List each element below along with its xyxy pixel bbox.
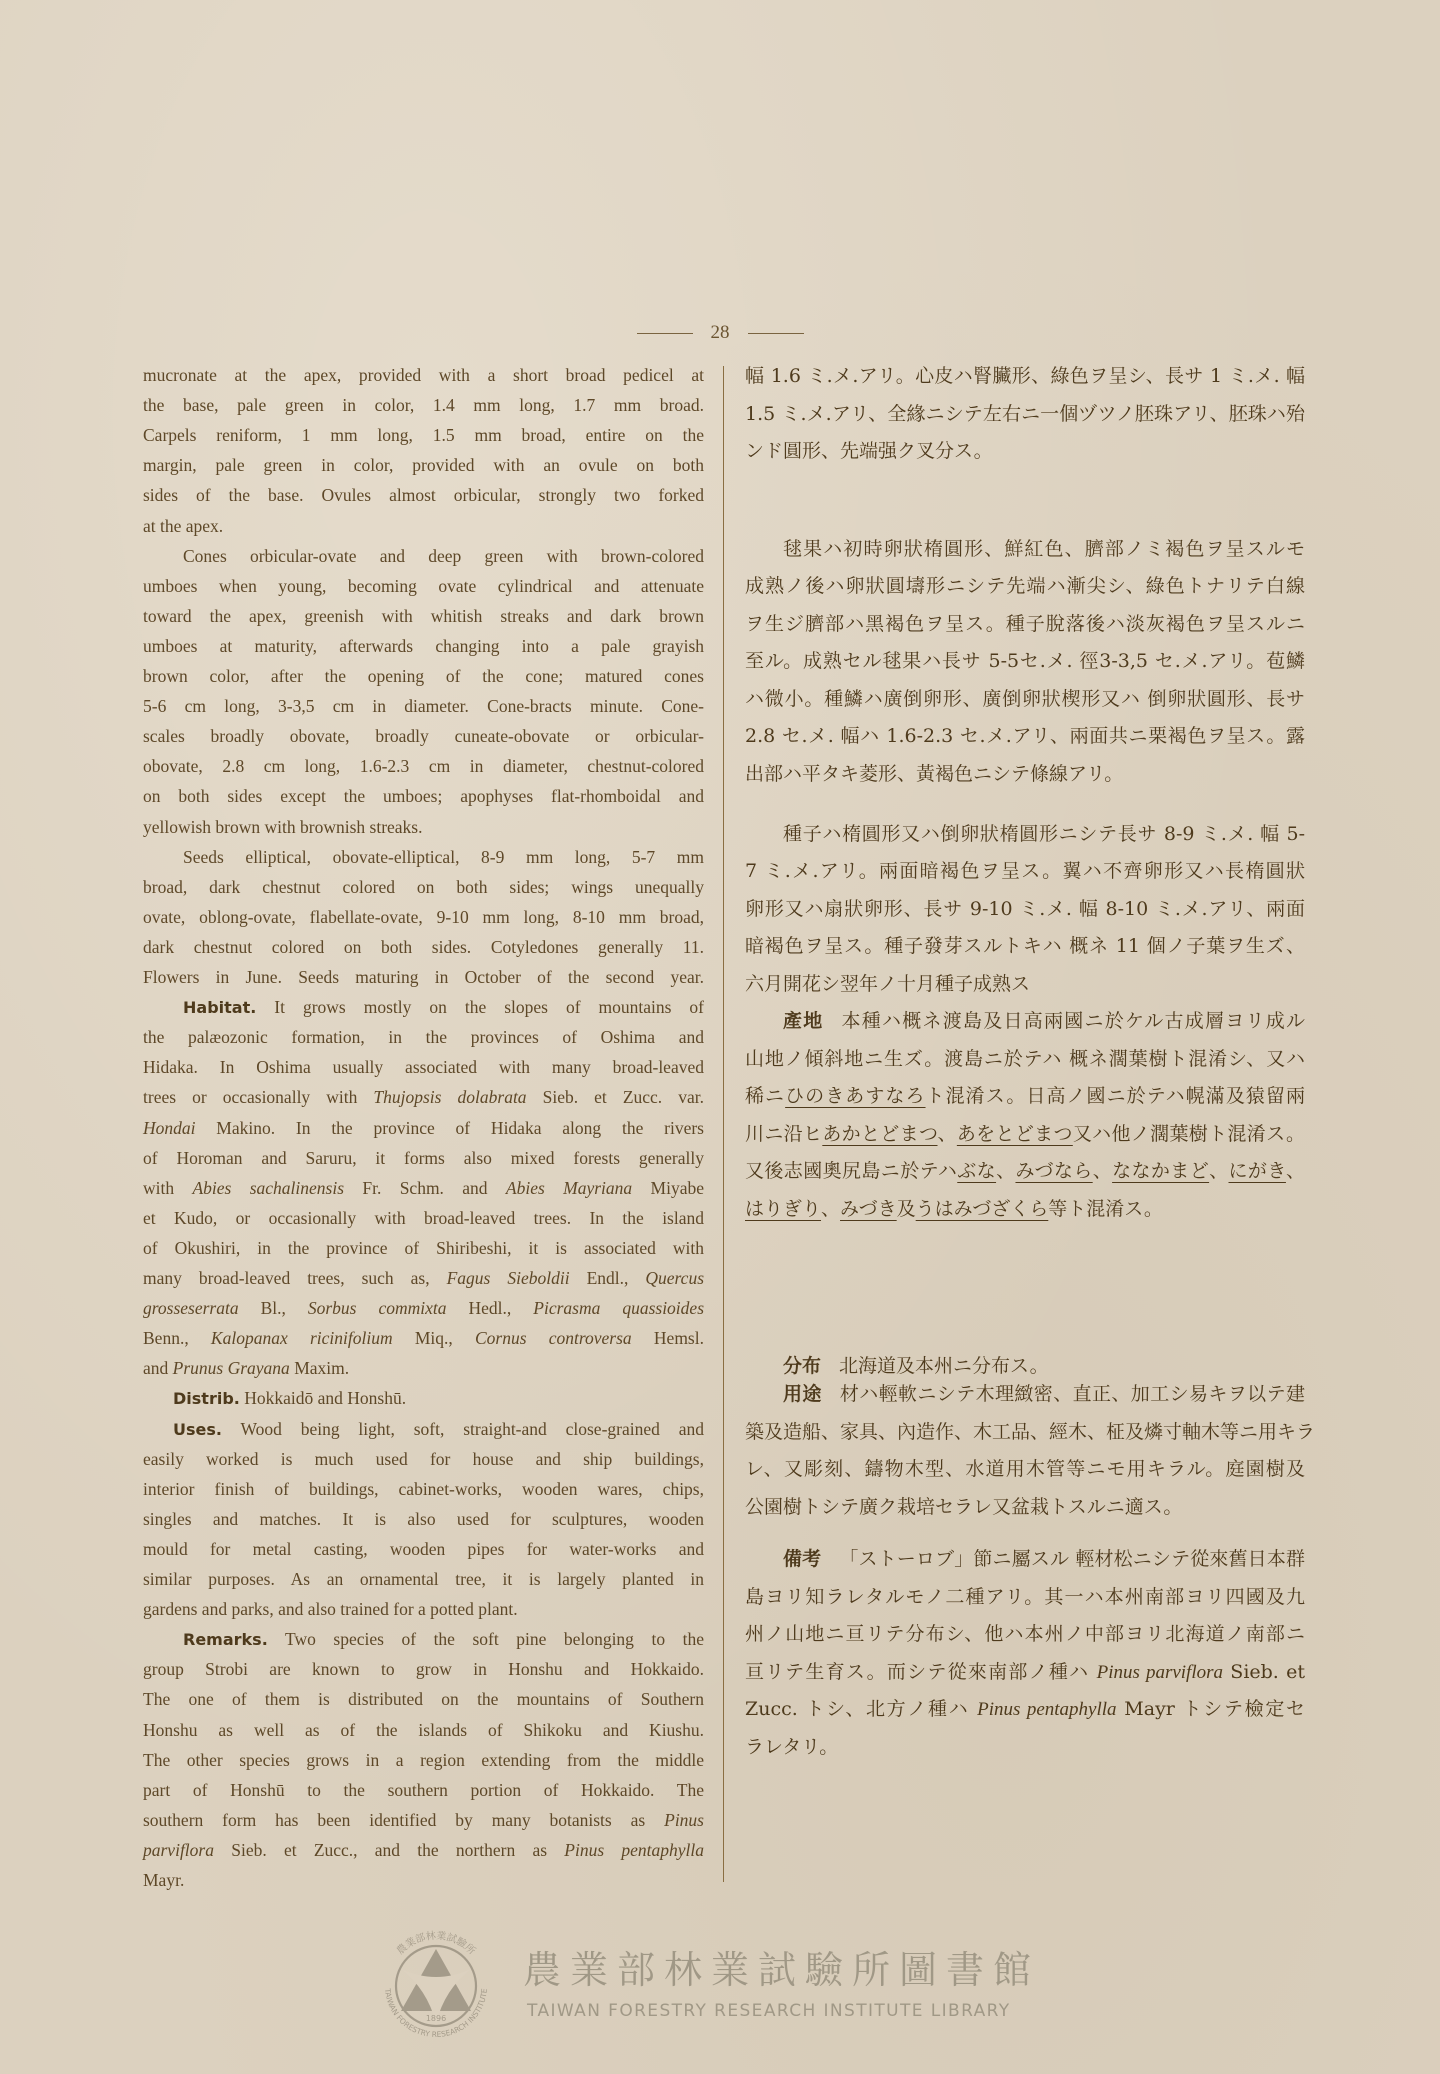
english-text-line: the base, pale green in color, 1.4 mm lo… [143,390,704,420]
english-text-line: The other species grows in a region exte… [143,1745,704,1775]
english-text-line: on both sides except the umboes; apophys… [143,781,704,811]
japanese-text-line: 幅 1.6 ミ.メ.アリ。心皮ハ腎臟形、綠色ヲ呈シ、長サ 1 ミ.メ. 幅 [745,360,1305,392]
english-text-line: gardens and parks, and also trained for … [143,1594,704,1624]
japanese-text-line: 州ノ山地ニ亘リテ分布シ、他ハ本州ノ中部ヨリ北海道ノ南部ニ [745,1618,1305,1650]
english-text-line: Distrib. Hokkaidō and Honshū. [143,1383,704,1413]
english-text-line: Remarks. Two species of the soft pine be… [143,1624,704,1654]
english-text-line: and Prunus Grayana Maxim. [143,1353,704,1383]
japanese-text-line: はりぎり、みづき及うはみづざくら等ト混淆ス。 [745,1193,1305,1225]
english-text-line: Honshu as well as of the islands of Shik… [143,1715,704,1745]
page-number-dash-left [637,333,693,334]
japanese-text-line: 備考「ストーロブ」節ニ屬スル 輕材松ニシテ從來舊日本群 [745,1543,1305,1575]
english-text-line: sides of the base. Ovules almost orbicul… [143,480,704,510]
english-text-line: obovate, 2.8 cm long, 1.6-2.3 cm in diam… [143,751,704,781]
japanese-text-line: ハ微小。種鱗ハ廣倒卵形、廣倒卵狀楔形又ハ 倒卵狀圓形、長サ [745,683,1305,715]
english-text-line: yellowish brown with brownish streaks. [143,812,704,842]
english-text-line: many broad-leaved trees, such as, Fagus … [143,1263,704,1293]
japanese-text-line: 毬果ハ初時卵狀楕圓形、鮮紅色、臍部ノミ褐色ヲ呈スルモ [745,533,1305,565]
english-text-line: et Kudo, or occasionally with broad-leav… [143,1203,704,1233]
english-text-line: of Horoman and Saruru, it forms also mix… [143,1143,704,1173]
english-text-line: toward the apex, greenish with whitish s… [143,601,704,631]
japanese-text-line: 用途材ハ輕軟ニシテ木理緻密、直正、加工シ易キヲ以テ建 [745,1378,1305,1410]
english-text-line: The one of them is distributed on the mo… [143,1684,704,1714]
english-text-line: 5-6 cm long, 3-3,5 cm in diameter. Cone-… [143,691,704,721]
japanese-text-line: 暗褐色ヲ呈ス。種子發芽スルトキハ 概ネ 11 個ノ子葉ヲ生ズ、 [745,930,1305,962]
english-text-line: Carpels reniform, 1 mm long, 1.5 mm broa… [143,420,704,450]
page-number: 28 [0,322,1440,344]
english-text-line: with Abies sachalinensis Fr. Schm. and A… [143,1173,704,1203]
english-text-line: Hidaka. In Oshima usually associated wit… [143,1052,704,1082]
japanese-text-line: ンド圓形、先端强ク叉分ス。 [745,435,1305,467]
english-text-line: singles and matches. It is also used for… [143,1504,704,1534]
japanese-text-line: 產地本種ハ概ネ渡島及日高兩國ニ於ケル古成層ヨリ成ル [745,1005,1305,1037]
english-text-line: trees or occasionally with Thujopsis dol… [143,1082,704,1112]
english-text-line: Uses. Wood being light, soft, straight-a… [143,1414,704,1444]
english-text-line: similar purposes. As an ornamental tree,… [143,1564,704,1594]
english-text-line: mucronate at the apex, provided with a s… [143,360,704,390]
library-logo-icon: 農業部林業試驗所 TAIWAN FORESTRY RESEARCH INSTIT… [375,1925,497,2047]
english-text-line: umboes when young, becoming ovate cylind… [143,571,704,601]
japanese-text-line: Zucc. トシ、北方ノ種ハ Pinus pentaphylla Mayr トシ… [745,1693,1305,1725]
english-text-line: Flowers in June. Seeds maturing in Octob… [143,962,704,992]
page-number-dash-right [748,333,804,334]
japanese-text-line: 2.8 セ.メ. 幅ハ 1.6-2.3 セ.メ.アリ、兩面共ニ栗褐色ヲ呈ス。露 [745,720,1305,752]
japanese-text-line: 六月開花シ翌年ノ十月種子成熟ス [745,968,1305,1000]
japanese-text-line: 卵形又ハ扇狀卵形、長サ 9-10 ミ.メ. 幅 8-10 ミ.メ.アリ、兩面 [745,893,1305,925]
japanese-text-line: 又後志國奧尻島ニ於テハぶな、みづなら、ななかまど、にがき、 [745,1155,1305,1187]
library-name-en: TAIWAN FORESTRY RESEARCH INSTITUTE LIBRA… [527,2001,1011,2021]
japanese-text-line: 島ヨリ知ラレタルモノ二種アリ。其一ハ本州南部ヨリ四國及九 [745,1581,1305,1613]
english-text-line: broad, dark chestnut colored on both sid… [143,872,704,902]
english-text-line: at the apex. [143,511,704,541]
english-text-line: Benn., Kalopanax ricinifolium Miq., Corn… [143,1323,704,1353]
english-text-line: Hondai Makino. In the province of Hidaka… [143,1113,704,1143]
library-watermark: 農業部林業試驗所 TAIWAN FORESTRY RESEARCH INSTIT… [375,1925,1075,2055]
english-text-line: dark chestnut colored on both sides. Cot… [143,932,704,962]
english-text-line: brown color, after the opening of the co… [143,661,704,691]
english-text-line: the palæozonic formation, in the provinc… [143,1022,704,1052]
japanese-text-line: 成熟ノ後ハ卵狀圓壔形ニシテ先端ハ漸尖シ、綠色トナリテ白線 [745,570,1305,602]
english-text-line: Cones orbicular-ovate and deep green wit… [143,541,704,571]
english-text-line: Mayr. [143,1865,704,1895]
page-number-text: 28 [711,322,730,343]
english-text-line: grosseserrata Bl., Sorbus commixta Hedl.… [143,1293,704,1323]
japanese-text-line: 川ニ沿ヒあかとどまつ、あをとどまつ又ハ他ノ濶葉樹ト混淆ス。 [745,1118,1305,1150]
english-text-line: margin, pale green in color, provided wi… [143,450,704,480]
japanese-text-line: 至ル。成熟セル毬果ハ長サ 5-5セ.メ. 徑3-3,5 セ.メ.アリ。苞鱗 [745,645,1305,677]
japanese-text-line: 1.5 ミ.メ.アリ、全緣ニシテ左右ニ一個ヅツノ胚珠アリ、胚珠ハ殆 [745,398,1305,430]
japanese-text-line: 山地ノ傾斜地ニ生ズ。渡島ニ於テハ 概ネ濶葉樹ト混淆シ、又ハ [745,1043,1305,1075]
english-text-line: Seeds elliptical, obovate-elliptical, 8-… [143,842,704,872]
english-text-line: mould for metal casting, wooden pipes fo… [143,1534,704,1564]
japanese-text-line: 7 ミ.メ.アリ。兩面暗褐色ヲ呈ス。翼ハ不齊卵形又ハ長楕圓狀 [745,855,1305,887]
english-text-line: umboes at maturity, afterwards changing … [143,631,704,661]
japanese-text-line: 出部ハ平タキ菱形、黃褐色ニシテ條線アリ。 [745,758,1305,790]
english-text-line: interior finish of buildings, cabinet-wo… [143,1474,704,1504]
japanese-text-line: 稀ニひのきあすなろト混淆ス。日高ノ國ニ於テハ幌滿及猿留兩 [745,1080,1305,1112]
english-text-line: parviflora Sieb. et Zucc., and the north… [143,1835,704,1865]
english-text-line: easily worked is much used for house and… [143,1444,704,1474]
library-name-cn: 農業部林業試驗所圖書館 [523,1939,1040,1994]
japanese-text-line: レ、又彫刻、鑄物木型、水道用木管等ニモ用キラル。庭園樹及 [745,1453,1305,1485]
english-text-line: ovate, oblong-ovate, flabellate-ovate, 9… [143,902,704,932]
column-divider [723,366,724,1882]
japanese-text-line: 公園樹トシテ廣ク栽培セラレ又盆栽トスルニ適ス。 [745,1491,1305,1523]
japanese-text-line: 亘リテ生育ス。而シテ從來南部ノ種ハ Pinus parviflora Sieb.… [745,1656,1305,1688]
english-text-line: southern form has been identified by man… [143,1805,704,1835]
svg-text:1896: 1896 [426,2014,446,2023]
japanese-text-line: 築及造船、家具、內造作、木工品、經木、柾及燐寸軸木等ニ用キラ [745,1416,1305,1448]
english-text-line: Habitat. It grows mostly on the slopes o… [143,992,704,1022]
english-text-line: of Okushiri, in the province of Shiribes… [143,1233,704,1263]
english-text-line: group Strobi are known to grow in Honshu… [143,1654,704,1684]
english-text-line: part of Honshū to the southern portion o… [143,1775,704,1805]
japanese-text-line: 種子ハ楕圓形又ハ倒卵狀楕圓形ニシテ長サ 8-9 ミ.メ. 幅 5- [745,818,1305,850]
japanese-text-line: ヲ生ジ臍部ハ黑褐色ヲ呈ス。種子脫落後ハ淡灰褐色ヲ呈スルニ [745,608,1305,640]
english-text-line: scales broadly obovate, broadly cuneate-… [143,721,704,751]
japanese-text-line: ラレタリ。 [745,1731,1305,1763]
